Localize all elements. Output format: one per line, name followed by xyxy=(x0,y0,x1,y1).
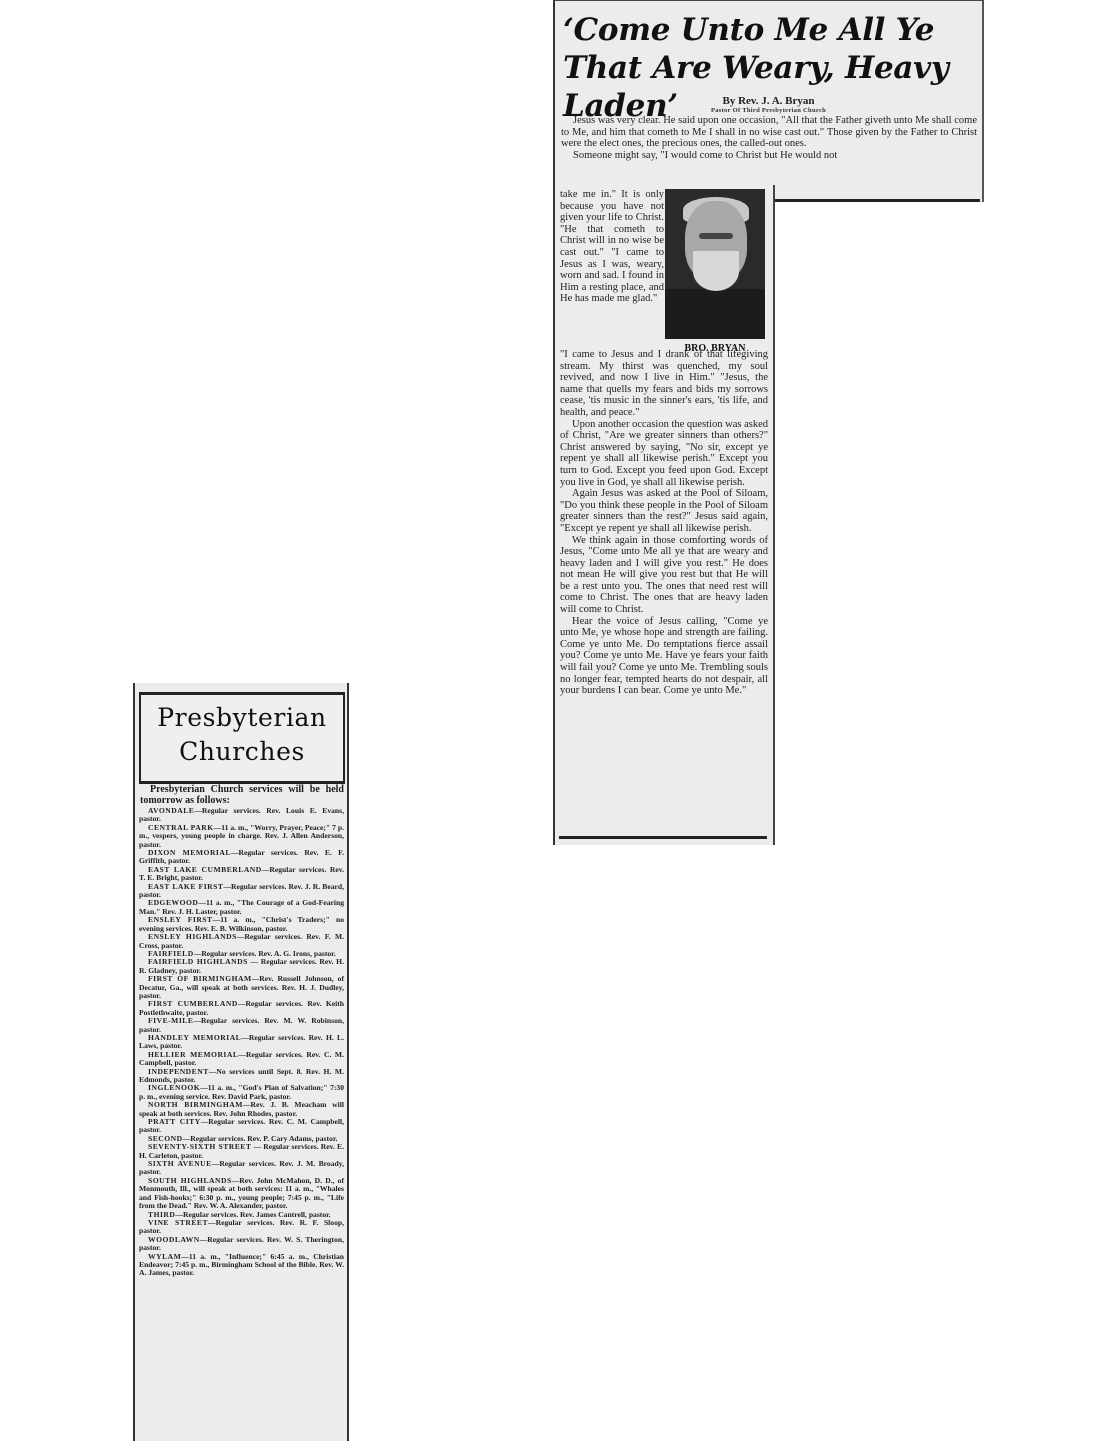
church-entry: DIXON MEMORIAL—Regular services. Rev. E.… xyxy=(139,849,344,866)
body-paragraph: "I came to Jesus and I drank of that lif… xyxy=(560,349,768,419)
churches-intro: Presbyterian Church services will be hel… xyxy=(140,785,344,806)
church-entry: VINE STREET—Regular services. Rev. R. F.… xyxy=(139,1219,344,1236)
church-entry: SEVENTY-SIXTH STREET — Regular services.… xyxy=(139,1143,344,1160)
churches-list: AVONDALE—Regular services. Rev. Louis E.… xyxy=(139,807,344,1278)
churches-listing-clipping: Presbyterian Churches Presbyterian Churc… xyxy=(133,683,349,1441)
church-entry: EAST LAKE FIRST—Regular services. Rev. J… xyxy=(139,883,344,900)
church-entry: WYLAM—11 a. m., "Influence;" 6:45 a. m.,… xyxy=(139,1253,344,1278)
end-rule xyxy=(559,836,767,839)
body-paragraph: Upon another occasion the question was a… xyxy=(560,419,768,489)
article-byline: By Rev. J. A. Bryan xyxy=(555,95,982,107)
church-entry: AVONDALE—Regular services. Rev. Louis E.… xyxy=(139,807,344,824)
article-column-text: take me in." It is only because you have… xyxy=(560,189,768,697)
church-entry: HANDLEY MEMORIAL—Regular services. Rev. … xyxy=(139,1034,344,1051)
body-paragraph: Hear the voice of Jesus calling, "Come y… xyxy=(560,616,768,697)
church-entry: SIXTH AVENUE—Regular services. Rev. J. M… xyxy=(139,1160,344,1177)
church-entry: ENSLEY FIRST—11 a. m., "Christ's Traders… xyxy=(139,916,344,933)
section-rule xyxy=(773,199,980,202)
churches-title-box: Presbyterian Churches xyxy=(139,692,345,784)
article-body-column: BRO. BRYAN take me in." It is only becau… xyxy=(553,185,775,845)
article-header-clipping: ‘Come Unto Me All Ye That Are Weary, Hea… xyxy=(553,0,984,202)
church-entry: HELLIER MEMORIAL—Regular services. Rev. … xyxy=(139,1051,344,1068)
article-lead: Jesus was very clear. He said upon one o… xyxy=(561,115,977,161)
church-entry: EDGEWOOD—11 a. m., "The Courage of a God… xyxy=(139,899,344,916)
churches-title-line1: Presbyterian xyxy=(141,701,343,735)
church-entry: INDEPENDENT—No services until Sept. 8. R… xyxy=(139,1068,344,1085)
church-entry: CENTRAL PARK—11 a. m., "Worry, Prayer, P… xyxy=(139,824,344,849)
church-entry: FIRST OF BIRMINGHAM—Rev. Russell Johnson… xyxy=(139,975,344,1000)
church-entry: FAIRFIELD HIGHLANDS — Regular services. … xyxy=(139,958,344,975)
wrapped-text: take me in." It is only because you have… xyxy=(560,189,664,349)
church-entry: NORTH BIRMINGHAM—Rev. J. B. Meacham will… xyxy=(139,1101,344,1118)
church-entry: INGLENOOK—11 a. m., "God's Plan of Salva… xyxy=(139,1084,344,1101)
churches-title: Presbyterian Churches xyxy=(141,701,343,769)
article-byline-title: Pastor Of Third Presbyterian Church xyxy=(555,107,982,114)
church-entry: FIRST CUMBERLAND—Regular services. Rev. … xyxy=(139,1000,344,1017)
church-entry: EAST LAKE CUMBERLAND—Regular services. R… xyxy=(139,866,344,883)
lead-paragraph: Someone might say, "I would come to Chri… xyxy=(561,150,977,162)
churches-title-line2: Churches xyxy=(141,735,343,769)
lead-paragraph: Jesus was very clear. He said upon one o… xyxy=(561,115,977,150)
body-paragraph: Again Jesus was asked at the Pool of Sil… xyxy=(560,488,768,534)
church-entry: PRATT CITY—Regular services. Rev. C. M. … xyxy=(139,1118,344,1135)
church-entry: SOUTH HIGHLANDS—Rev. John McMahon, D. D.… xyxy=(139,1177,344,1211)
church-entry: ENSLEY HIGHLANDS—Regular services. Rev. … xyxy=(139,933,344,950)
church-entry: WOODLAWN—Regular services. Rev. W. S. Th… xyxy=(139,1236,344,1253)
church-entry: FIVE-MILE—Regular services. Rev. M. W. R… xyxy=(139,1017,344,1034)
body-paragraph: We think again in those comforting words… xyxy=(560,535,768,616)
